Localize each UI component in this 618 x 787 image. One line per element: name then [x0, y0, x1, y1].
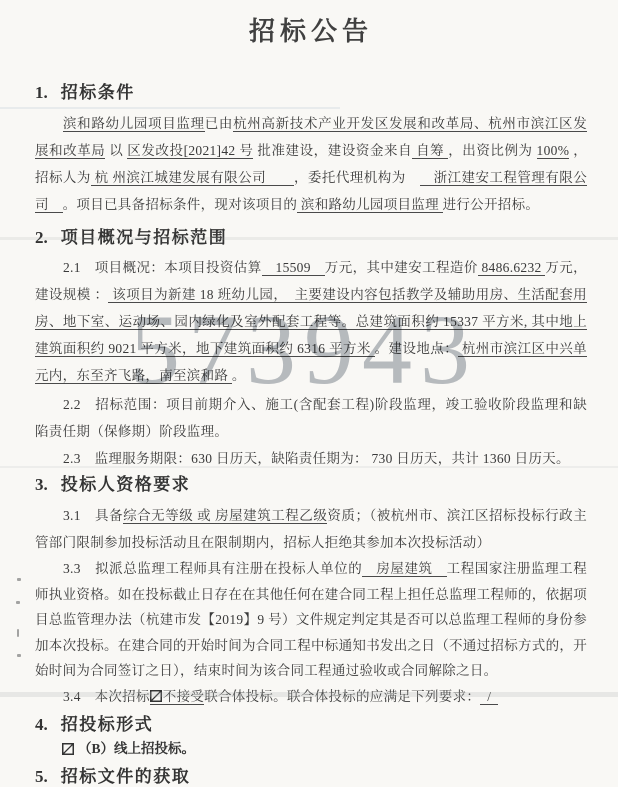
- paragraph-chief-supervisor: 3.3 拟派总监理工程师具有注册在投标人单位的 房屋建筑 工程国家注册监理工程师…: [35, 556, 587, 684]
- section-4-number: 4.: [35, 714, 48, 736]
- section-5-title: 招标文件的获取: [61, 767, 191, 786]
- checked-checkbox-icon: [150, 690, 162, 702]
- text-run: 。: [232, 368, 246, 383]
- text-run: 进行公开招标。: [443, 197, 540, 212]
- section-5-heading: 5.招标文件的获取: [35, 766, 587, 787]
- text-run: ，出资比例为: [448, 143, 536, 158]
- online-bidding-option: （B）线上招投标。: [62, 739, 587, 759]
- text-run: 联合体投标。联合体投标的应满足下列要求：: [204, 689, 480, 704]
- scanned-document-page: 招标公告 1.招标条件 滨和路幼儿园项目监理已由杭州高新技术产业开发区发展和改革…: [0, 0, 618, 787]
- text-run: 3.1 具备: [63, 508, 123, 523]
- text-run: 已由: [205, 116, 233, 131]
- paragraph-tender-conditions: 滨和路幼儿园项目监理已由杭州高新技术产业开发区发展和改革局、杭州市滨江区发展和改…: [35, 110, 587, 218]
- underlined-project-name: 滨和路幼儿园项目监理: [63, 116, 205, 132]
- section-1-number: 1.: [35, 82, 48, 104]
- text-run: ，委托代理机构为: [294, 170, 420, 185]
- paragraph-service-period: 2.3 监理服务期限：630 日历天，缺陷责任期为： 730 日历天，共计 13…: [35, 445, 587, 472]
- paragraph-project-overview: 2.1 项目概况：本项目投资估算 15509 万元，其中建安工程造价 8486.…: [35, 254, 587, 389]
- section-1-title: 招标条件: [61, 83, 135, 102]
- paragraph-qualification: 3.1 具备综合无等级 或 房屋建筑工程乙级资质；（被杭州市、滨江区招标投标行政…: [35, 502, 587, 556]
- underlined-fund-source: 自筹: [412, 143, 448, 159]
- underlined-slash-blank: /: [480, 689, 498, 705]
- section-2-number: 2.: [35, 227, 48, 249]
- section-4-title: 招投标形式: [61, 715, 154, 734]
- section-2-heading: 2.项目概况与招标范围: [35, 227, 587, 249]
- section-5-number: 5.: [35, 766, 48, 787]
- underlined-engineering-type: 房屋建筑: [362, 561, 446, 577]
- text-run: 万元，其中建安工程造价: [325, 260, 478, 275]
- underlined-project-name-2: 滨和路幼儿园项目监理: [297, 197, 442, 213]
- underlined-fund-ratio: 100%: [537, 143, 570, 159]
- text-run: 工程国家注册监理工程师执业资格。如在投标截止日存在在其他任何在建合同工程上担任总…: [35, 561, 587, 678]
- text-run: 3.3 拟派总监理工程师具有注册在投标人单位的: [63, 561, 362, 576]
- section-3-heading: 3.投标人资格要求: [35, 474, 587, 496]
- joint-bid-choice: 不接受: [150, 689, 204, 705]
- text-run: 。建设地点：: [375, 341, 458, 356]
- underlined-construction-cost: 8486.6232: [478, 260, 546, 276]
- underlined-approval-number: 区发改投[2021]42 号: [127, 143, 253, 159]
- underlined-qualification-grade: 综合无等级 或 房屋建筑工程乙级: [123, 508, 327, 524]
- underlined-investment-estimate: 15509: [262, 260, 325, 276]
- text-run: 批准建设，建设资金来自: [253, 143, 412, 158]
- paragraph-tender-scope: 2.2 招标范围：项目前期介入、施工(含配套工程)阶段监理，竣工验收阶段监理和缺…: [35, 391, 587, 445]
- section-3-number: 3.: [35, 474, 48, 496]
- option-label: （B）线上招投标。: [78, 741, 195, 756]
- text-run: 以: [105, 143, 127, 158]
- document-content: 招标公告 1.招标条件 滨和路幼儿园项目监理已由杭州高新技术产业开发区发展和改革…: [0, 0, 618, 787]
- document-title: 招标公告: [35, 14, 587, 50]
- text-run: 3.4 本次招标: [63, 689, 150, 704]
- section-1-heading: 1.招标条件: [35, 82, 587, 104]
- underlined-tenderer-name: 杭 州滨江城建发展有限公司: [91, 170, 294, 186]
- section-3-title: 投标人资格要求: [61, 475, 191, 494]
- paragraph-joint-bid: 3.4 本次招标不接受联合体投标。联合体投标的应满足下列要求：/: [35, 684, 587, 710]
- text-run: 2.1 项目概况：本项目投资估算: [63, 260, 262, 275]
- checked-checkbox-icon: [62, 743, 74, 755]
- section-4-heading: 4.招投标形式: [35, 714, 587, 736]
- text-run: 。项目已具备招标条件，现对该项目的: [63, 197, 298, 212]
- underlined-not-accepted: 不接受: [163, 689, 204, 704]
- section-2-title: 项目概况与招标范围: [61, 228, 228, 247]
